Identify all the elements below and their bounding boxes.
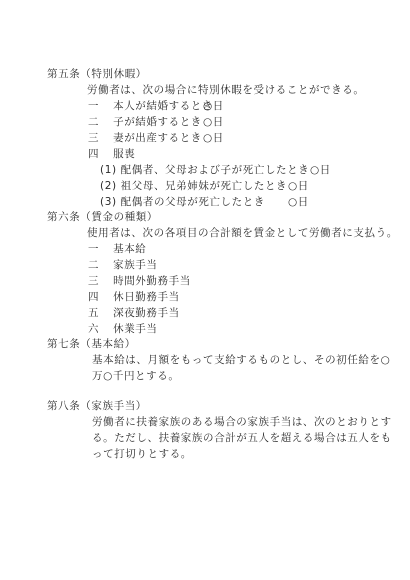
list-item: 四休日勤務手当 [88,289,180,305]
item-number: 六 [88,323,99,335]
sub-item: (2) 祖父母、兄弟姉妹が死亡したとき○日 [100,178,287,194]
item-text: 時間外勤務手当 [113,275,191,287]
sub-item-days: ○日 [288,194,309,210]
item-text: 子が結婚するとき [113,116,202,128]
sub-item-days: ○日 [310,162,331,178]
sub-item-number: (3) [100,196,117,208]
item-number: 三 [88,275,99,287]
sub-item-number: (2) [100,180,117,192]
article-5-intro: 労働者は、次の場合に特別休暇を受けることができる。 [87,82,365,98]
item-text: 本人が結婚するとき [113,100,213,112]
article-6-intro: 使用者は、次の各項目の合計額を賃金として労働者に支払う。 [87,225,398,241]
article-8-heading: 第八条（家族手当） [47,398,147,414]
list-item: 二家族手当 [88,257,158,273]
list-item: 三時間外勤務手当 [88,273,191,289]
sub-item-days: ○日 [288,178,309,194]
article-6-heading: 第六条（賃金の種類） [47,209,158,225]
sub-item-text: 配偶者の父母が死亡したとき [121,196,265,208]
sub-item: (1) 配偶者、父母および子が死亡したとき○日 [100,162,309,178]
item-text: 休日勤務手当 [113,291,180,303]
item-days: ○日 [203,130,224,146]
paragraph-line: 万○千円とする。 [92,368,179,384]
list-item: 三妻が出産するとき○日 [88,130,202,146]
item-number: 一 [88,243,99,255]
item-number: 四 [88,291,99,303]
item-text: 基本給 [113,243,146,255]
article-7-heading: 第七条（基本給） [47,336,136,352]
item-text: 家族手当 [113,259,157,271]
article-5-heading: 第五条（特別休暇） [47,66,147,82]
paragraph-line: 基本給は、月額をもって支給するものとし、その初任給を○ [92,352,390,368]
paragraph-line: る。ただし、扶養家族の合計が五人を超える場合は五人をも [92,430,392,446]
item-number: 一 [88,100,99,112]
list-item: 二子が結婚するとき○日 [88,114,202,130]
list-item: 六休業手当 [88,321,158,337]
list-item: 一本人が結婚するとき○日 [88,98,213,114]
sub-item: (3) 配偶者の父母が死亡したとき○日 [100,194,265,210]
list-item: 一基本給 [88,241,146,257]
item-text: 休業手当 [113,323,157,335]
list-item: 四服喪 [88,146,135,162]
item-days: ○日 [203,98,224,114]
sub-item-text: 配偶者、父母および子が死亡したとき [121,164,310,176]
paragraph-line: って打切りとする。 [92,446,192,462]
item-text: 深夜勤務手当 [113,307,180,319]
item-number: 二 [88,259,99,271]
list-item: 五深夜勤務手当 [88,305,180,321]
item-days: ○日 [203,114,224,130]
item-text: 妻が出産するとき [113,132,202,144]
sub-item-number: (1) [100,164,117,176]
item-number: 四 [88,148,99,160]
item-number: 二 [88,116,99,128]
paragraph-line: 労働者に扶養家族のある場合の家族手当は、次のとおりとす [92,414,392,430]
item-number: 三 [88,132,99,144]
item-number: 五 [88,307,99,319]
item-text: 服喪 [113,148,135,160]
sub-item-text: 祖父母、兄弟姉妹が死亡したとき [121,180,288,192]
